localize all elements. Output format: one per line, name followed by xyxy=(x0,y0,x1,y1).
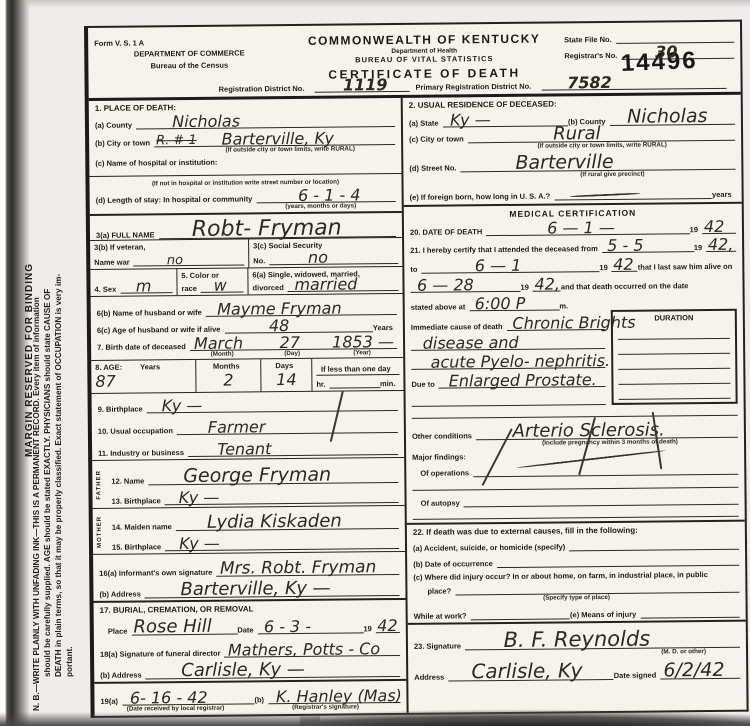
birthplace-row: 9. Birthplace Ky — xyxy=(92,390,404,414)
header-left: Form V. S. 1 A DEPARTMENT OF COMMERCE Bu… xyxy=(94,30,284,84)
pod-county-label: (a) County xyxy=(95,121,136,130)
cause-row-2: disease and xyxy=(411,330,605,351)
informant-addr-row: (b) Address Barterville, Ky — xyxy=(93,575,405,601)
age-days-cell: Days 14 xyxy=(260,359,311,391)
registrar-no-value: 30 xyxy=(655,42,677,61)
pod-county-row: (a) County Nicholas xyxy=(89,110,401,130)
date-signed-label: Date signed xyxy=(614,670,661,679)
occupation-value: Farmer xyxy=(208,417,266,437)
sex-race-marital-row: 4. Sex m 5. Color or race w xyxy=(90,266,402,296)
physician-sig-row: 23. Signature B. F. Reynolds xyxy=(408,620,746,651)
father-name-label: 12. Name xyxy=(111,476,148,485)
sex-cell: 4. Sex m xyxy=(90,269,176,296)
commonwealth-title: COMMONWEALTH OF KENTUCKY xyxy=(284,31,564,48)
certify-row-3: 6 — 28 19 42, and that death occurred on… xyxy=(404,271,742,293)
pod-city-value: Barterville, Ky xyxy=(221,129,334,149)
birthplace-label: 9. Birthplace xyxy=(98,404,147,413)
res-city-label: (c) City or town xyxy=(409,134,468,144)
physician-addr-label: Address xyxy=(414,673,448,682)
certify-row-2: to 6 — 1 19 42 that I last saw him alive… xyxy=(404,252,742,274)
left-column: 1. PLACE OF DEATH: (a) County Nicholas (… xyxy=(89,98,409,716)
res-city-value: Rural xyxy=(553,123,601,144)
sex-label: 4. Sex xyxy=(94,285,120,294)
burial-date-value: 6 - 3 - xyxy=(264,617,311,636)
alive-prefix: 19 xyxy=(520,283,532,292)
marital-value: married xyxy=(294,274,357,294)
father-name-row: 12. Name George Fryman xyxy=(105,458,404,486)
nb-line-3: DEATH in plain terms, so that it may be … xyxy=(53,39,64,711)
sex-value: m xyxy=(136,276,152,295)
res-street-value: Barterville xyxy=(515,151,613,174)
father-side-label: FATHER xyxy=(96,470,102,500)
funeral-addr-label: (b) Address xyxy=(100,670,145,679)
mother-block: MOTHER 14. Maiden name Lydia Kiskaden 15… xyxy=(93,505,405,554)
birthdate-month: March xyxy=(194,333,243,352)
age-hours-cell: If less than one day hr. min. xyxy=(311,358,403,391)
certificate-page: Form V. S. 1 A DEPARTMENT OF COMMERCE Bu… xyxy=(84,20,749,718)
race-label2: race xyxy=(181,284,201,293)
father-birthplace-label: 13. Birthplace xyxy=(112,496,165,506)
age-months-cell: Months 2 xyxy=(195,359,260,392)
funeral-addr-row: (b) Address Carlisle, Ky — xyxy=(94,656,406,682)
informant-sig-value: Mrs. Robt. Fryman xyxy=(220,557,377,579)
birthdate-year: 1853 — xyxy=(332,332,394,352)
informant-addr-value: Barterville, Ky — xyxy=(180,578,330,600)
accident-row: (a) Accident, suicide, or homicide (spec… xyxy=(407,534,745,553)
birthdate-row: 7. Birth date of deceased March 27 1853 … xyxy=(91,332,403,352)
mother-birthplace-label: 15. Birthplace xyxy=(112,542,165,552)
primary-reg-value: 7582 xyxy=(567,73,612,92)
birthdate-day: 27 xyxy=(280,333,301,352)
res-state-value: Ky — xyxy=(450,110,491,129)
occurrence-row: (b) Date of occurrence xyxy=(407,550,745,569)
ssn-value: no xyxy=(308,248,328,267)
res-state-label: (a) State xyxy=(409,119,443,128)
margin-nb-note: N. B.—WRITE PLAINLY WITH UNFADING INK—TH… xyxy=(31,39,89,711)
pod-hospital-label: (c) Name of hospital or institution: xyxy=(95,158,221,168)
veteran-ssn-row: 3(b) If veteran, Name war no 3(c) Social… xyxy=(90,237,402,269)
operations-label: Of operations xyxy=(412,468,473,478)
age-label: 8. AGE: xyxy=(95,363,126,372)
pod-stay-row: (d) Length of stay: In hospital or commu… xyxy=(90,185,402,205)
bureau-vital-statistics: BUREAU OF VITAL STATISTICS xyxy=(284,53,564,65)
means-label: (e) Means of injury xyxy=(570,610,640,620)
certify-line1: 21. I hereby certify that I attended the… xyxy=(410,244,602,255)
received-value: 6- 16 - 42 xyxy=(130,688,208,708)
where-label2: place? xyxy=(413,586,455,595)
age-days-label: Days xyxy=(265,361,307,370)
veteran-label2: Name war xyxy=(94,258,134,267)
dod-year: 42 xyxy=(704,217,725,236)
fullname-value: Robt- Fryman xyxy=(192,216,342,242)
cause-blank-row xyxy=(411,387,605,407)
header-center: COMMONWEALTH OF KENTUCKY Department of H… xyxy=(284,27,564,82)
primary-reg-label: Primary Registration District No. xyxy=(415,82,535,92)
due-value: Enlarged Prostate. xyxy=(449,370,597,390)
res-foreign-label: (e) If foreign born, how long in U. S. A… xyxy=(410,191,555,201)
age-hr-label: hr. xyxy=(316,380,329,389)
header-right: State File No. 14496 Registrar's No. 30 xyxy=(564,26,734,80)
fullname-row: 3(a) FULL NAME Robt- Fryman xyxy=(90,211,402,240)
other-conditions-row: Other conditions Arterio Sclerosis. xyxy=(406,416,744,441)
veteran-cell: 3(b) If veteran, Name war no xyxy=(90,239,248,269)
funeral-director-label: 18(a) Signature of funeral director xyxy=(100,649,225,659)
dod-row: 20. DATE OF DEATH 6 — 1 — 19 42 xyxy=(404,217,742,237)
father-block: FATHER 12. Name George Fryman 13. Birthp… xyxy=(92,457,404,508)
autopsy-row: Of autopsy xyxy=(406,488,744,508)
state-file-label: State File No. xyxy=(564,35,616,44)
cause-row-3: acute Pyelo- nephritis. xyxy=(411,349,605,370)
cause-label: Immediate cause of death xyxy=(411,322,507,332)
ssn-label2: No. xyxy=(253,256,269,265)
from-year: 42, xyxy=(708,235,734,254)
age-min-label: min. xyxy=(380,379,400,388)
due-label: Due to xyxy=(411,380,438,389)
age-days-value: 14 xyxy=(265,370,307,389)
burial-place-value: Rose Hill xyxy=(133,616,211,638)
autopsy-label: Of autopsy xyxy=(413,498,464,507)
dod-prefix: 19 xyxy=(690,225,702,234)
informant-addr-label: (b) Address xyxy=(99,589,144,598)
res-street-label: (d) Street No. xyxy=(409,163,460,172)
burial-date-prefix: 19 xyxy=(363,624,375,633)
pod-city-row: (b) City or town R. # 1 Barterville, Ky xyxy=(89,127,401,148)
pod-city-label: (b) City or town xyxy=(95,138,154,148)
burial-date-label: Date xyxy=(237,625,257,634)
age-less-label: If less than one day xyxy=(316,364,399,376)
age-years-label: Years xyxy=(140,362,164,371)
marital-label2: divorced xyxy=(252,283,287,292)
attended-to-value: 6 — 1 xyxy=(475,256,522,275)
mother-side-label: MOTHER xyxy=(96,515,102,547)
dod-value: 6 — 1 — xyxy=(547,218,615,238)
registrar-no-label: Registrar's No. xyxy=(564,51,621,61)
cause-line3: acute Pyelo- nephritis. xyxy=(431,351,611,372)
pod-stay-value: 6 - 1 - 4 xyxy=(298,185,361,205)
father-name-value: George Fryman xyxy=(183,464,331,487)
dod-label: 20. DATE OF DEATH xyxy=(410,227,486,237)
to-year: 42 xyxy=(613,255,634,274)
mother-maiden-label: 14. Maiden name xyxy=(112,522,176,532)
pod-stay-label: (d) Length of stay: In hospital or commu… xyxy=(96,194,257,205)
burial-place-row: Place Rose Hill Date 6 - 3 - 19 42 xyxy=(94,612,406,636)
ssn-cell: 3(c) Social Security No. no xyxy=(248,238,402,267)
spouse-label: 6(b) Name of husband or wife xyxy=(97,308,206,318)
res-street-row: (d) Street No. Barterville xyxy=(403,148,741,173)
scan-top-edge-shadow xyxy=(26,0,750,8)
certify-line3: and that death occurred on the date xyxy=(561,281,693,291)
to-label: to xyxy=(410,265,421,274)
other-label: Other conditions xyxy=(412,431,476,441)
res-foreign-suffix: years xyxy=(712,190,736,199)
birthplace-value: Ky — xyxy=(162,396,203,415)
age-years-cell: 8. AGE: Years 87 xyxy=(91,360,195,393)
funeral-addr-value: Carlisle, Ky — xyxy=(181,659,305,681)
to-prefix: 19 xyxy=(599,263,611,272)
nb-line-1: N. B.—WRITE PLAINLY WITH UNFADING INK—TH… xyxy=(31,39,42,711)
res-county-value: Nicholas xyxy=(627,105,708,128)
physician-sig-value: B. F. Reynolds xyxy=(503,627,650,652)
informant-sig-row: 16(a) Informant's own signature Mrs. Rob… xyxy=(93,551,405,578)
age-months-value: 2 xyxy=(200,370,256,390)
physician-addr-value: Carlisle, Ky xyxy=(471,658,582,683)
stated-suffix: m. xyxy=(559,301,572,310)
physician-addr-row: Address Carlisle, Ky Date signed 6/2/42 xyxy=(408,655,746,686)
father-birthplace-row: 13. Birthplace Ky — xyxy=(105,483,404,508)
nb-line-4: portant. xyxy=(64,39,75,711)
scan-bottom-shadow xyxy=(300,700,750,726)
certificate-form: Form V. S. 1 A DEPARTMENT OF COMMERCE Bu… xyxy=(84,20,749,718)
veteran-value: no xyxy=(167,253,183,268)
scanned-death-certificate: MARGIN RESERVED FOR BINDING N. B.—WRITE … xyxy=(0,0,750,726)
nb-line-2: should be carefully supplied. AGE should… xyxy=(42,39,53,711)
pod-county-value: Nicholas xyxy=(172,112,240,132)
age-years-value: 87 xyxy=(95,371,191,391)
cause-duration-area: Immediate cause of death Chronic Brights… xyxy=(405,309,744,407)
industry-row: 11. Industry or business Tenant xyxy=(92,433,404,460)
state-file-row: State File No. 14496 xyxy=(564,34,734,45)
occupation-row: 10. Usual occupation Farmer xyxy=(92,411,404,436)
scan-bottom-left-shadow xyxy=(0,712,320,726)
physician-sig-label: 23. Signature xyxy=(414,641,465,650)
burial-place-label: Place xyxy=(100,627,132,636)
age-row: 8. AGE: Years 87 Months 2 Days 14 xyxy=(91,357,403,393)
reg-district-value: 1119 xyxy=(343,75,388,94)
fullname-label: 3(a) FULL NAME xyxy=(96,230,159,240)
spouse-row: 6(b) Name of husband or wife Mayme Fryma… xyxy=(91,293,403,318)
cause-row-1: Immediate cause of death Chronic Brights xyxy=(411,310,605,332)
stated-value: 6:00 P xyxy=(475,294,526,313)
funeral-director-value: Mathers, Potts - Co xyxy=(228,639,380,659)
spouse-age-suffix: Years xyxy=(373,323,397,332)
accident-label: (a) Accident, suicide, or homicide (spec… xyxy=(413,542,569,552)
mother-birthplace-value: Ky — xyxy=(179,534,220,553)
from-prefix: 19 xyxy=(694,243,706,252)
pod-hospital-row: (c) Name of hospital or institution: xyxy=(89,152,401,168)
received-label: 19(a) xyxy=(100,697,122,706)
occurrence-label: (b) Date of occurrence xyxy=(413,559,497,569)
pod-city-struck-value: R. # 1 xyxy=(156,133,197,148)
form-body: 1. PLACE OF DEATH: (a) County Nicholas (… xyxy=(89,92,747,716)
marital-cell: 6(a) Single, widowed, married, divorced … xyxy=(247,267,402,294)
industry-value: Tenant xyxy=(217,439,271,459)
pen-stroke xyxy=(570,192,641,197)
right-column: 2. USUAL RESIDENCE OF DECEASED: (a) Stat… xyxy=(403,95,747,713)
res-foreign-row: (e) If foreign born, how long in U. S. A… xyxy=(403,177,741,205)
race-value: w xyxy=(214,276,227,295)
reg-district-label: Registration District No. xyxy=(219,84,309,94)
industry-label: 11. Industry or business xyxy=(98,448,188,458)
mother-birthplace-row: 15. Birthplace Ky — xyxy=(106,529,405,554)
alive-value: 6 — 28 xyxy=(417,275,474,295)
alive-year: 42, xyxy=(534,274,560,293)
mother-maiden-row: 14. Maiden name Lydia Kiskaden xyxy=(106,506,405,532)
burial-date-year: 42 xyxy=(377,616,398,635)
occupation-label: 10. Usual occupation xyxy=(98,426,177,436)
bureau-census: Bureau of the Census xyxy=(94,59,284,72)
race-cell: 5. Color or race w xyxy=(176,268,247,295)
certificate-title: CERTIFICATE OF DEATH xyxy=(284,65,564,82)
attended-from-value: 5 - 5 xyxy=(607,236,643,255)
form-header: Form V. S. 1 A DEPARTMENT OF COMMERCE Bu… xyxy=(88,22,741,86)
cause-line1: Chronic Brights xyxy=(512,313,635,333)
father-birthplace-value: Ky — xyxy=(179,488,220,507)
registrar-sig-label: (b) xyxy=(254,695,268,704)
mother-maiden-value: Lydia Kiskaden xyxy=(207,511,342,533)
work-label: While at work? xyxy=(414,611,471,621)
date-signed-value: 6/2/42 xyxy=(663,659,724,682)
informant-sig-label: 16(a) Informant's own signature xyxy=(99,568,216,578)
cause-line2: disease and xyxy=(423,333,519,353)
certify-line2: that I last saw him alive on xyxy=(638,262,737,272)
